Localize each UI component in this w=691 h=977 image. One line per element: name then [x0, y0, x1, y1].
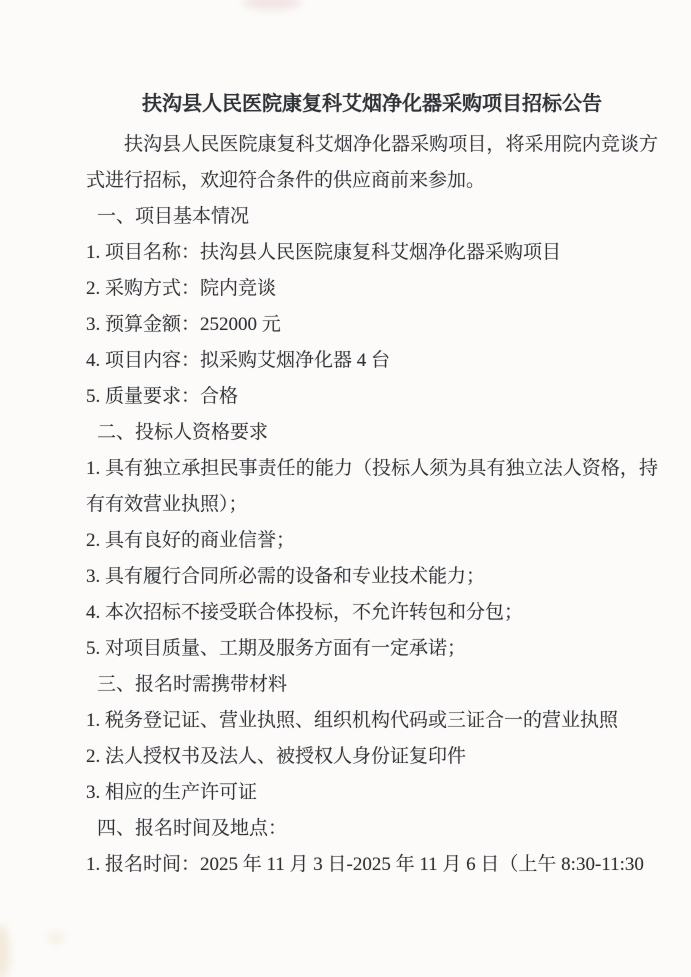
list-item-procurement-method: 2. 采购方式：院内竞谈	[86, 271, 658, 307]
section-heading-bidder-qualifications: 二、投标人资格要求	[86, 415, 658, 451]
section-heading-required-materials: 三、报名时需携带材料	[86, 667, 658, 703]
list-item-commercial-reputation: 2. 具有良好的商业信誉；	[86, 523, 658, 559]
list-item-civil-liability: 1. 具有独立承担民事责任的能力（投标人须为具有独立法人资格，持有有效营业执照）…	[86, 451, 658, 523]
list-item-production-license: 3. 相应的生产许可证	[86, 775, 658, 811]
scan-smudge-bottom-left	[0, 925, 10, 977]
list-item-no-consortium: 4. 本次招标不接受联合体投标，不允许转包和分包；	[86, 595, 658, 631]
list-item-legal-authorization: 2. 法人授权书及法人、被授权人身份证复印件	[86, 739, 658, 775]
document-title: 扶沟县人民医院康复科艾烟净化器采购项目招标公告	[86, 88, 658, 120]
document-content: 扶沟县人民医院康复科艾烟净化器采购项目招标公告 扶沟县人民医院康复科艾烟净化器采…	[0, 0, 691, 883]
intro-paragraph: 扶沟县人民医院康复科艾烟净化器采购项目，将采用院内竞谈方式进行招标，欢迎符合条件…	[86, 127, 658, 199]
list-item-technical-ability: 3. 具有履行合同所必需的设备和专业技术能力；	[86, 559, 658, 595]
list-item-budget: 3. 预算金额：252000 元	[86, 307, 658, 343]
list-item-commitment: 5. 对项目质量、工期及服务方面有一定承诺；	[86, 631, 658, 667]
section-heading-registration-time-place: 四、报名时间及地点：	[86, 811, 658, 847]
scan-smudge-bottom-left-2	[48, 933, 64, 943]
document-page: 扶沟县人民医院康复科艾烟净化器采购项目招标公告 扶沟县人民医院康复科艾烟净化器采…	[0, 0, 691, 977]
list-item-project-name: 1. 项目名称：扶沟县人民医院康复科艾烟净化器采购项目	[86, 235, 658, 271]
list-item-tax-registration: 1. 税务登记证、营业执照、组织机构代码或三证合一的营业执照	[86, 703, 658, 739]
section-heading-basic-info: 一、项目基本情况	[86, 199, 658, 235]
list-item-registration-time: 1. 报名时间：2025 年 11 月 3 日-2025 年 11 月 6 日（…	[86, 847, 658, 883]
list-item-project-content: 4. 项目内容：拟采购艾烟净化器 4 台	[86, 343, 658, 379]
list-item-quality-requirement: 5. 质量要求：合格	[86, 379, 658, 415]
